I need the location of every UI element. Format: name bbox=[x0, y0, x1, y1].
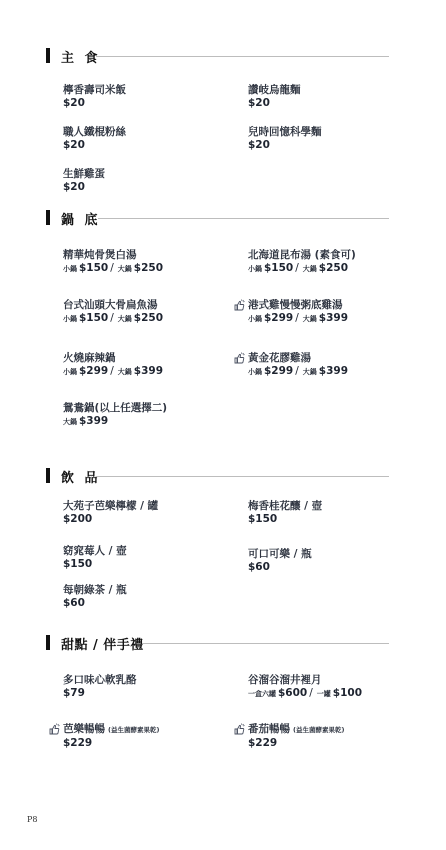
large-pot-price: $399 bbox=[134, 365, 163, 377]
section-divider bbox=[142, 643, 389, 644]
item-price: $200 bbox=[63, 513, 158, 526]
section-bar bbox=[46, 48, 50, 63]
menu-item: 精華炖骨煲白湯 小鍋$150/大鍋$250 bbox=[63, 249, 163, 276]
small-pot-price: $299 bbox=[79, 365, 108, 377]
menu-item: 北海道昆布湯 (素食可) 小鍋$150/大鍋$250 bbox=[248, 249, 356, 276]
item-name: 北海道昆布湯 (素食可) bbox=[248, 249, 356, 262]
item-price: $60 bbox=[248, 561, 312, 574]
section-divider bbox=[96, 56, 389, 57]
item-price: $20 bbox=[248, 139, 322, 152]
item-price: $20 bbox=[63, 181, 105, 194]
item-price: $20 bbox=[63, 139, 126, 152]
price-separator: / bbox=[295, 312, 299, 324]
item-price: $150 bbox=[248, 513, 322, 526]
item-price: $79 bbox=[63, 687, 137, 700]
menu-item: 每朝綠茶 / 瓶 $60 bbox=[63, 584, 127, 610]
thumbs-up-icon bbox=[48, 723, 61, 735]
menu-item: 谷溜谷溜井裡月 一盒六罐$600/一罐$100 bbox=[248, 674, 362, 701]
menu-item: 讚岐烏龍麵 $20 bbox=[248, 84, 301, 110]
small-pot-price: $299 bbox=[264, 365, 293, 377]
item-price: $229 bbox=[248, 737, 344, 750]
item-name: 港式雞慢慢粥底雞湯 bbox=[248, 299, 348, 312]
large-pot-price: $399 bbox=[79, 415, 108, 427]
item-price: 大鍋$399 bbox=[63, 415, 167, 429]
can-price: $100 bbox=[333, 687, 362, 699]
item-price: 一盒六罐$600/一罐$100 bbox=[248, 687, 362, 701]
item-name: 谷溜谷溜井裡月 bbox=[248, 674, 362, 687]
item-name: 芭樂暢暢(益生菌酵素果乾) bbox=[63, 723, 159, 737]
section-title: 甜點 / 伴手禮 bbox=[61, 634, 144, 653]
thumbs-up-icon bbox=[233, 299, 246, 311]
item-name: 生鮮雞蛋 bbox=[63, 168, 105, 181]
item-name: 兒時回憶科學麵 bbox=[248, 126, 322, 139]
item-price: 小鍋$150/大鍋$250 bbox=[63, 262, 163, 276]
menu-item: 台式汕頭大骨扁魚湯 小鍋$150/大鍋$250 bbox=[63, 299, 163, 326]
item-title: 番茄暢暢 bbox=[248, 723, 290, 735]
item-price: 小鍋$150/大鍋$250 bbox=[248, 262, 356, 276]
section-header-desserts-gifts: 甜點 / 伴手禮 bbox=[46, 633, 391, 653]
price-separator: / bbox=[110, 262, 114, 274]
item-name: 火燒麻辣鍋 bbox=[63, 352, 163, 365]
thumbs-up-icon bbox=[233, 723, 246, 735]
item-note: (益生菌酵素果乾) bbox=[293, 726, 344, 734]
item-name: 黃金花膠雞湯 bbox=[248, 352, 348, 365]
menu-item: 鴛鴦鍋(以上任選擇二) 大鍋$399 bbox=[63, 402, 167, 429]
section-header-drinks: 飲 品 bbox=[46, 466, 391, 486]
section-title: 飲 品 bbox=[61, 467, 101, 486]
item-price: 小鍋$299/大鍋$399 bbox=[63, 365, 163, 379]
item-name: 番茄暢暢(益生菌酵素果乾) bbox=[248, 723, 344, 737]
item-name: 梅香桂花釀 / 壺 bbox=[248, 500, 322, 513]
section-bar bbox=[46, 210, 50, 225]
item-price: 小鍋$150/大鍋$250 bbox=[63, 312, 163, 326]
item-price: $150 bbox=[63, 558, 127, 571]
section-header-soup-base: 鍋 底 bbox=[46, 208, 391, 228]
item-name: 檸香壽司米飯 bbox=[63, 84, 126, 97]
section-bar bbox=[46, 635, 50, 650]
section-divider bbox=[96, 476, 389, 477]
menu-item: 可口可樂 / 瓶 $60 bbox=[248, 548, 312, 574]
large-pot-label: 大鍋 bbox=[63, 418, 77, 426]
price-separator: / bbox=[295, 365, 299, 377]
large-pot-price: $250 bbox=[319, 262, 348, 274]
menu-item: 梅香桂花釀 / 壺 $150 bbox=[248, 500, 322, 526]
item-note: (益生菌酵素果乾) bbox=[108, 726, 159, 734]
thumbs-up-icon bbox=[233, 352, 246, 364]
box-label: 一盒六罐 bbox=[248, 690, 276, 698]
small-pot-price: $299 bbox=[264, 312, 293, 324]
menu-item: 火燒麻辣鍋 小鍋$299/大鍋$399 bbox=[63, 352, 163, 379]
item-name: 台式汕頭大骨扁魚湯 bbox=[63, 299, 163, 312]
page-number: P8 bbox=[27, 815, 37, 824]
menu-item: 多口味心軟乳酪 $79 bbox=[63, 674, 137, 700]
item-name: 大苑子芭樂檸檬 / 罐 bbox=[63, 500, 158, 513]
large-pot-label: 大鍋 bbox=[303, 265, 317, 273]
small-pot-label: 小鍋 bbox=[63, 315, 77, 323]
small-pot-label: 小鍋 bbox=[63, 368, 77, 376]
small-pot-price: $150 bbox=[79, 262, 108, 274]
item-name: 精華炖骨煲白湯 bbox=[63, 249, 163, 262]
item-price: $229 bbox=[63, 737, 159, 750]
item-name: 職人鐵棍粉絲 bbox=[63, 126, 126, 139]
large-pot-label: 大鍋 bbox=[118, 315, 132, 323]
menu-item-recommended: 番茄暢暢(益生菌酵素果乾) $229 bbox=[248, 723, 344, 750]
section-title: 主 食 bbox=[61, 47, 101, 66]
can-label: 一罐 bbox=[317, 690, 331, 698]
section-header-staples: 主 食 bbox=[46, 46, 391, 66]
item-price: $20 bbox=[248, 97, 301, 110]
menu-item: 職人鐵棍粉絲 $20 bbox=[63, 126, 126, 152]
item-name: 窈窕莓人 / 壺 bbox=[63, 545, 127, 558]
large-pot-label: 大鍋 bbox=[118, 368, 132, 376]
section-bar bbox=[46, 468, 50, 483]
menu-item: 兒時回憶科學麵 $20 bbox=[248, 126, 322, 152]
large-pot-price: $250 bbox=[134, 262, 163, 274]
menu-item: 檸香壽司米飯 $20 bbox=[63, 84, 126, 110]
section-divider bbox=[98, 218, 389, 219]
price-separator: / bbox=[110, 365, 114, 377]
large-pot-price: $399 bbox=[319, 312, 348, 324]
large-pot-label: 大鍋 bbox=[303, 315, 317, 323]
menu-item-recommended: 黃金花膠雞湯 小鍋$299/大鍋$399 bbox=[248, 352, 348, 379]
menu-item: 生鮮雞蛋 $20 bbox=[63, 168, 105, 194]
small-pot-label: 小鍋 bbox=[248, 315, 262, 323]
large-pot-label: 大鍋 bbox=[303, 368, 317, 376]
section-title: 鍋 底 bbox=[61, 209, 101, 228]
price-separator: / bbox=[110, 312, 114, 324]
item-price: 小鍋$299/大鍋$399 bbox=[248, 365, 348, 379]
item-title: 芭樂暢暢 bbox=[63, 723, 105, 735]
item-price: 小鍋$299/大鍋$399 bbox=[248, 312, 348, 326]
box-price: $600 bbox=[278, 687, 307, 699]
item-price: $20 bbox=[63, 97, 126, 110]
menu-item-recommended: 芭樂暢暢(益生菌酵素果乾) $229 bbox=[63, 723, 159, 750]
item-price: $60 bbox=[63, 597, 127, 610]
menu-item: 大苑子芭樂檸檬 / 罐 $200 bbox=[63, 500, 158, 526]
menu-item: 窈窕莓人 / 壺 $150 bbox=[63, 545, 127, 571]
price-separator: / bbox=[309, 687, 313, 699]
item-name: 多口味心軟乳酪 bbox=[63, 674, 137, 687]
large-pot-price: $399 bbox=[319, 365, 348, 377]
small-pot-label: 小鍋 bbox=[63, 265, 77, 273]
item-name: 讚岐烏龍麵 bbox=[248, 84, 301, 97]
large-pot-label: 大鍋 bbox=[118, 265, 132, 273]
large-pot-price: $250 bbox=[134, 312, 163, 324]
small-pot-price: $150 bbox=[79, 312, 108, 324]
small-pot-label: 小鍋 bbox=[248, 265, 262, 273]
small-pot-price: $150 bbox=[264, 262, 293, 274]
menu-item-recommended: 港式雞慢慢粥底雞湯 小鍋$299/大鍋$399 bbox=[248, 299, 348, 326]
price-separator: / bbox=[295, 262, 299, 274]
item-name: 鴛鴦鍋(以上任選擇二) bbox=[63, 402, 167, 415]
item-name: 可口可樂 / 瓶 bbox=[248, 548, 312, 561]
small-pot-label: 小鍋 bbox=[248, 368, 262, 376]
item-name: 每朝綠茶 / 瓶 bbox=[63, 584, 127, 597]
